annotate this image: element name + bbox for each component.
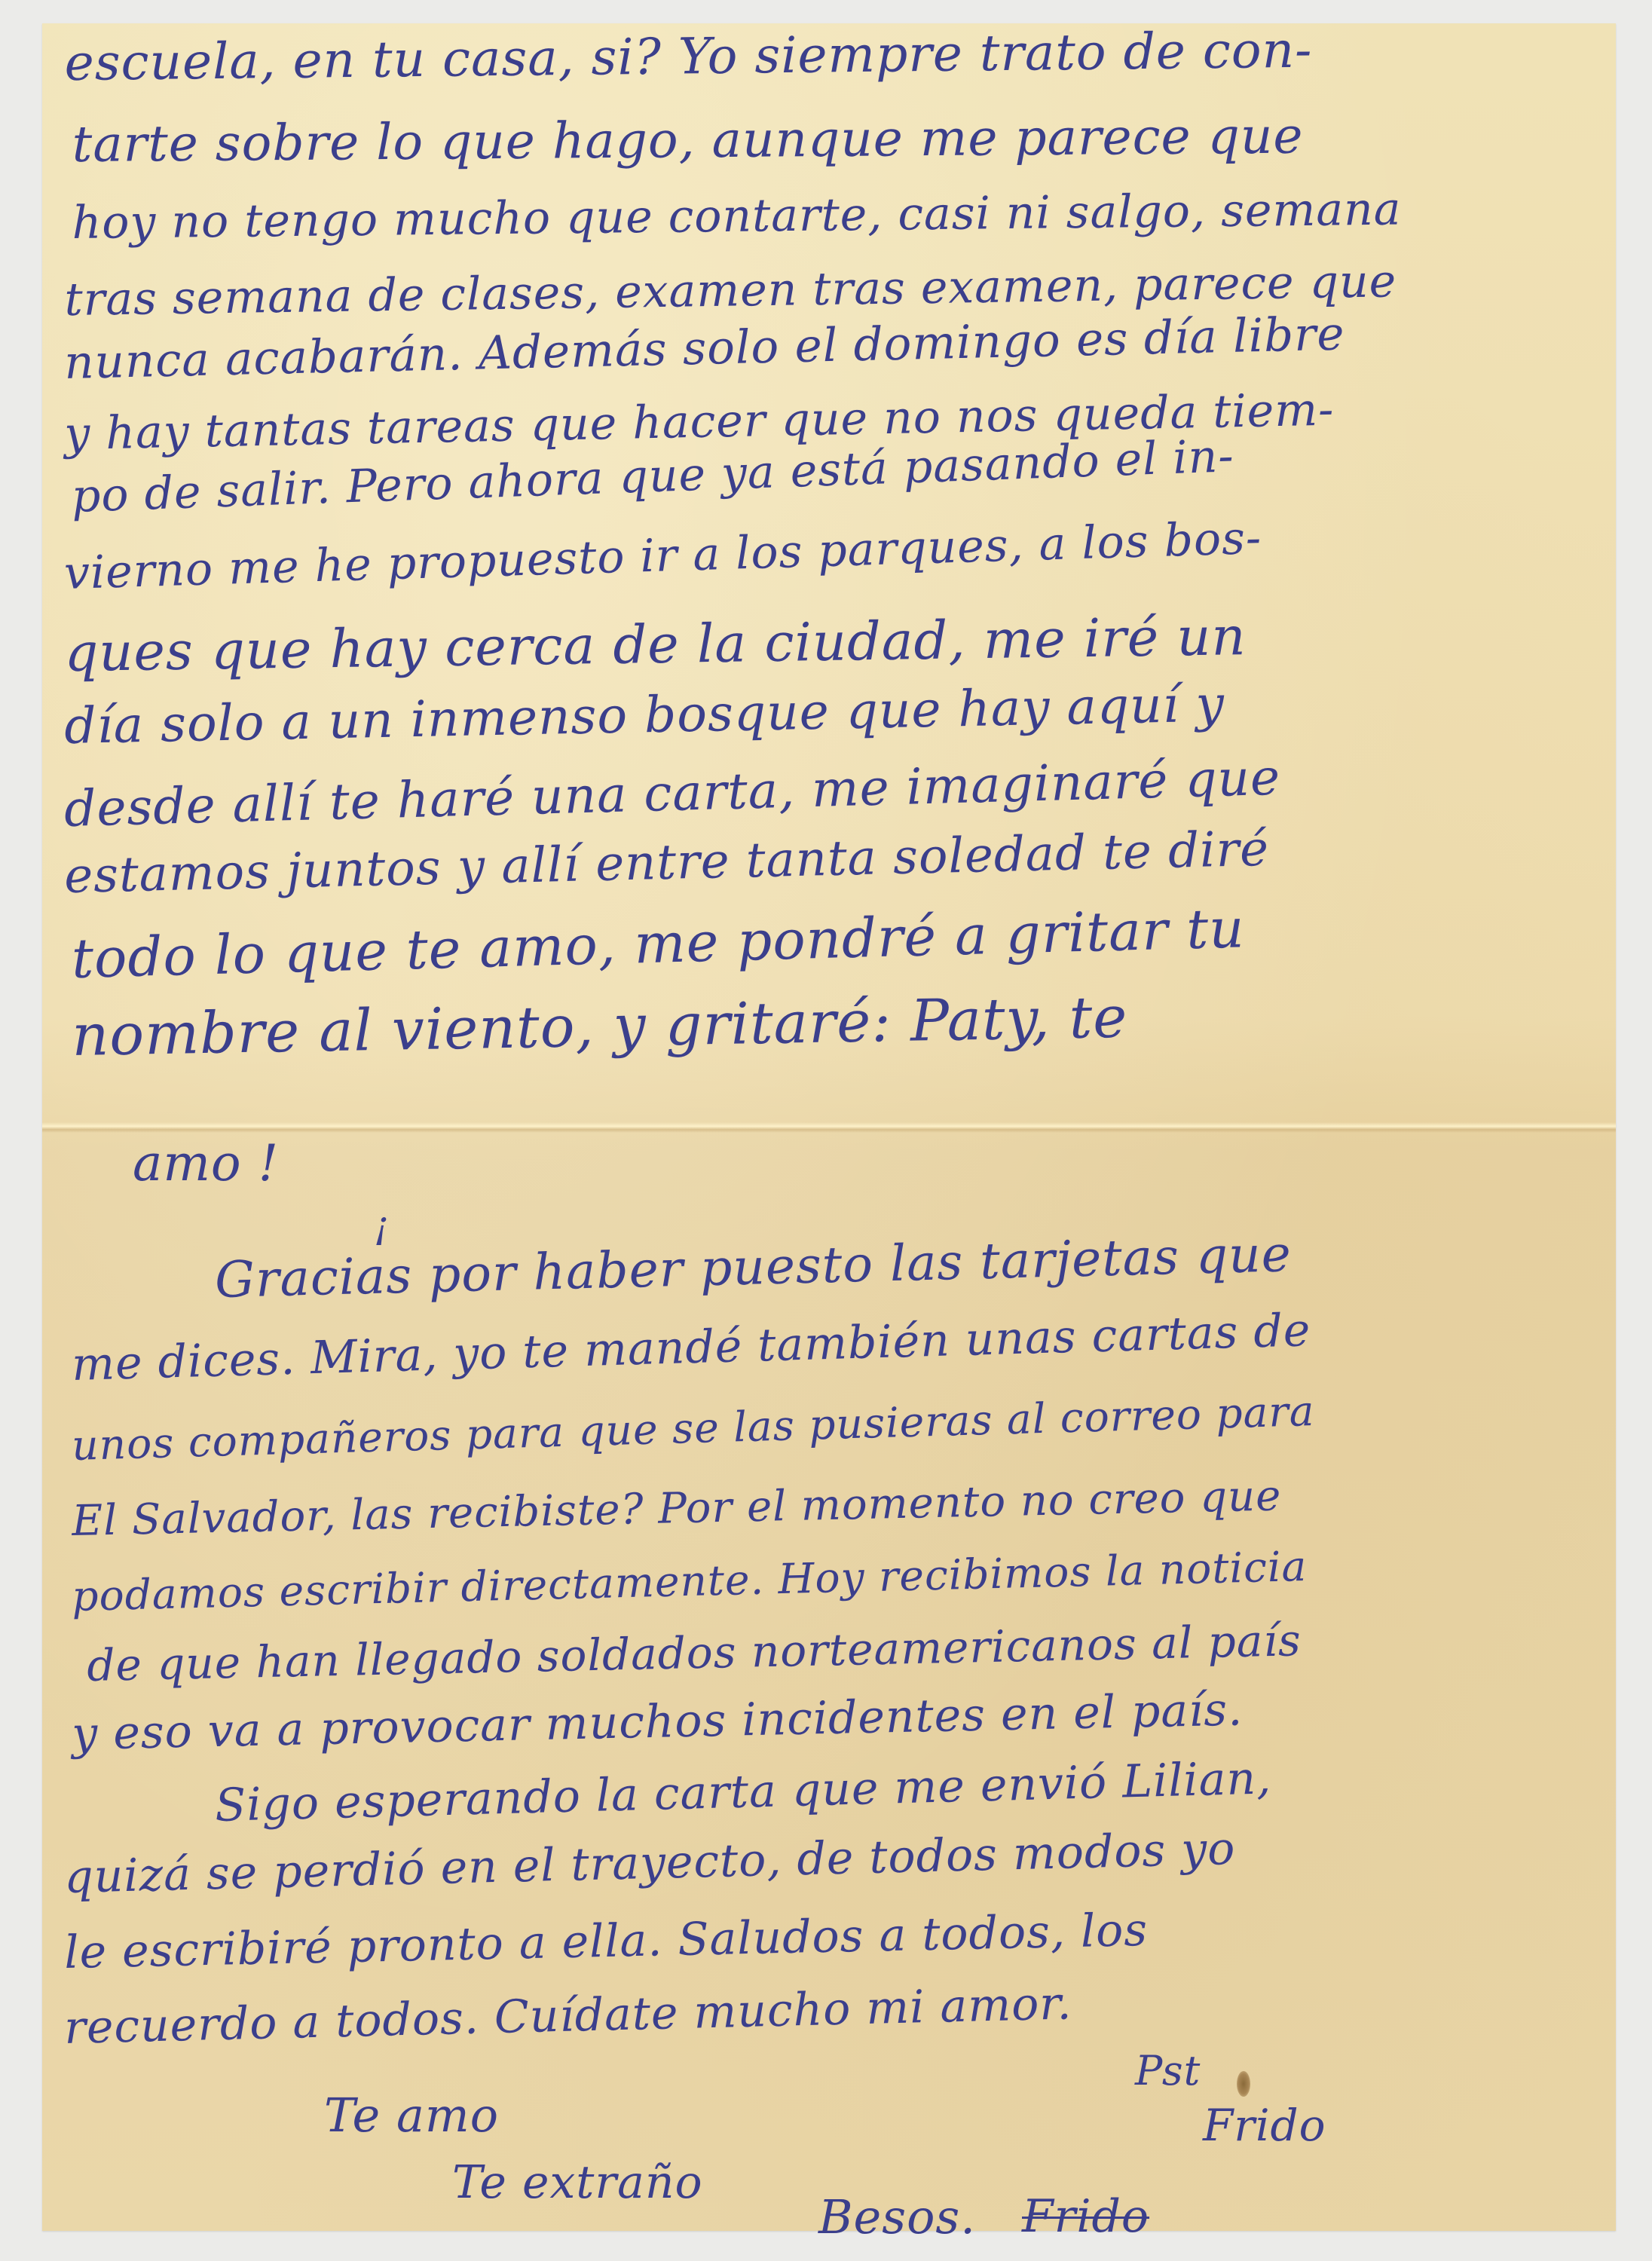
letter-line: unos compañeros para que se las pusieras… bbox=[71, 1391, 1315, 1467]
letter-line: le escribiré pronto a ella. Saludos a to… bbox=[64, 1908, 1149, 1975]
closing-te-extrano: Te extraño bbox=[452, 2160, 703, 2205]
letter-line: amo ! bbox=[133, 1139, 279, 1189]
letter-line: día solo a un inmenso bosque que hay aqu… bbox=[64, 679, 1225, 751]
letter-line: desde allí te haré una carta, me imagina… bbox=[63, 753, 1281, 834]
letter-line: me dices. Mira, yo te mandé también unas… bbox=[71, 1308, 1311, 1388]
letter-line: quizá se perdió en el trayecto, de todos… bbox=[64, 1826, 1236, 1900]
letter-line: todo lo que te amo, me pondré a gritar t… bbox=[71, 901, 1245, 986]
crossed-out-signature: Frido bbox=[1022, 2194, 1149, 2239]
letter-line: El Salvador, las recibiste? Por el momen… bbox=[72, 1475, 1282, 1543]
letter-line: Sigo esperando la carta que me envió Lil… bbox=[214, 1755, 1271, 1828]
letter-line: nombre al viento, y gritaré: Paty, te bbox=[72, 989, 1128, 1064]
letter-line: de que han llegado soldados norteamerica… bbox=[87, 1618, 1302, 1687]
letter-line: y eso va a provocar muchos incidentes en… bbox=[72, 1687, 1244, 1757]
letter-line: podamos escribir directamente. Hoy recib… bbox=[72, 1546, 1308, 1617]
postscript-mark: Pst bbox=[1135, 2051, 1201, 2091]
closing-te-amo: Te amo bbox=[324, 2092, 499, 2139]
closing-besos: Besos. bbox=[818, 2194, 976, 2241]
letter-line: escuela, en tu casa, si? Yo siempre trat… bbox=[64, 26, 1312, 88]
letter-line: ques que hay cerca de la ciudad, me iré … bbox=[64, 610, 1247, 679]
letter-line: vierno me he propuesto ir a los parques,… bbox=[63, 516, 1262, 596]
letter-line: recuerdo a todos. Cuídate mucho mi amor. bbox=[64, 1981, 1073, 2051]
ink-stain bbox=[1237, 2071, 1250, 2097]
letter-page: escuela, en tu casa, si? Yo siempre trat… bbox=[42, 23, 1616, 2231]
inverted-exclamation: ¡ bbox=[374, 1207, 390, 1244]
postscript-signature: Frido bbox=[1203, 2103, 1326, 2147]
letter-line: hoy no tengo mucho que contarte, casi ni… bbox=[72, 187, 1401, 246]
paper-fold-crease bbox=[42, 1122, 1616, 1133]
letter-line: estamos juntos y allí entre tanta soleda… bbox=[64, 825, 1270, 901]
letter-line: tarte sobre lo que hago, aunque me parec… bbox=[72, 112, 1304, 170]
